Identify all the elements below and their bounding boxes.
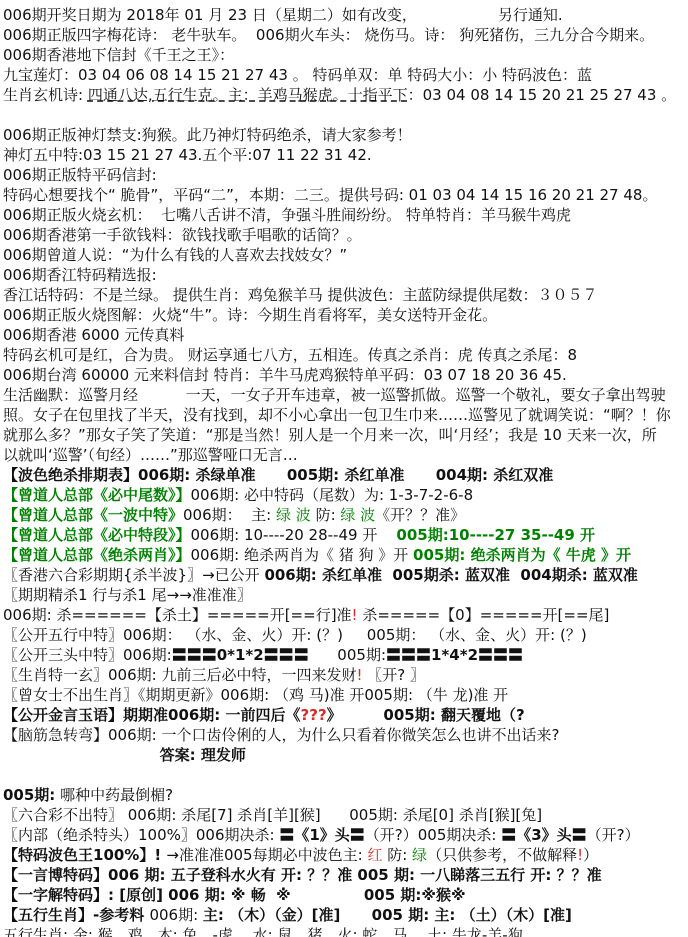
text-segment: 【公开金言玉语】期期准006期: 一前四后《 <box>3 706 301 724</box>
text-line: 【特码波色王100%】! →准准准005每期必中波色主: 红 防: 绿（只供参考… <box>3 845 688 865</box>
text-segment: 四通八达,五行生克。主：羊鸡马猴虎。十指平下 <box>88 86 408 104</box>
text-segment: 006期正版神灯禁支:狗猴。此乃神灯特码绝杀，请大家参考！ <box>3 126 412 144</box>
text-line: 【曾道人总部《绝杀两肖》】006期: 绝杀两肖为《 猪 狗 》开 005期: 绝… <box>3 545 688 565</box>
text-segment: 006期正版火烧玄机： 七嘴八舌讲不清，争强斗胜闹纷纷。 特单特肖：羊马猴牛鸡虎 <box>3 206 571 224</box>
text-line: 【波色绝杀排期表】006期: 杀绿单准 005期: 杀红单准 004期: 杀红双… <box>3 465 688 485</box>
text-line: 【一字解特码】: [原创] 006 期: ※ 畅 ※ 005 期:※猴※ <box>3 885 688 905</box>
text-segment: 》 005期: 翻天覆地（? <box>327 706 525 724</box>
text-line: 【曾道人总部《必中特段》】006期: 10----20 28--49 开 005… <box>3 525 688 545</box>
text-line: 006期正版火烧图解：火烧“牛”。诗：今期生肖看将军，美女送特开金花。 <box>3 305 688 325</box>
text-segment: 【曾道人总部《一波中特》 <box>3 506 183 524</box>
text-segment: ） <box>583 846 598 864</box>
text-segment: 以就叫‘巡警’（旬经）……”那巡警哑口无言… <box>3 446 298 464</box>
text-segment: 〖生肖特一玄〗006期: 九前三后必中特，一四来发财 <box>3 666 356 684</box>
text-segment: 哪种中药最倒楣? <box>55 786 173 804</box>
text-line: 【脑筋急转弯】006期: 一个口齿伶俐的人，为什么只看着你微笑怎么也讲不出话来? <box>3 725 688 745</box>
blank-line <box>3 765 688 785</box>
text-line: 九宝莲灯：03 04 06 08 14 15 21 27 43 。 特码单双：单… <box>3 65 688 85</box>
text-segment: 〖内部（绝杀特头）100%〗006期决杀: <box>3 826 279 844</box>
text-line: 〖公开五行中特〗006期： （水、金、火）开: (？) 005期： （水、金、火… <box>3 625 688 645</box>
text-segment: 【曾道人总部《必中特段》】 <box>3 526 191 544</box>
text-segment: 防: <box>311 506 341 524</box>
text-line: 五行生肖: 金: 猴、鸡。木: 兔、-虎。 水: 鼠、猪。火: 蛇、马。 土: … <box>3 925 688 937</box>
text-line: 006期正版四字梅花诗： 老牛驮车。 006期火车头： 烧伤马。诗： 狗死猪伤，… <box>3 25 688 45</box>
text-segment: 006期香港第一手欲钱料：欲钱找歌手唱歌的话筒？。 <box>3 226 362 244</box>
text-segment: 006期: 绝杀两肖为《 猪 狗 》开 <box>191 546 414 564</box>
text-line: 006期香港第一手欲钱料：欲钱找歌手唱歌的话筒？。 <box>3 225 688 245</box>
text-segment: 【波色绝杀排期表】006期: 杀绿单准 005期: 杀红单准 004期: 杀红双… <box>3 466 553 484</box>
text-segment: （只供参考，不做解释 <box>427 846 577 864</box>
text-segment: 006期: <box>149 906 202 924</box>
text-line: 就那么多？”那女子笑了笑道：“那是当然！别人是一个月来一次，叫‘月经’；我是 1… <box>3 425 688 445</box>
text-segment: 【脑筋急转弯】006期: 一个口齿伶俐的人，为什么只看着你微笑怎么也讲不出话来? <box>3 726 559 744</box>
text-segment: 【曾道人总部《必中尾数》】 <box>3 486 191 504</box>
text-segment: 006期台湾 60000 元来料信封 特肖：羊牛马虎鸡猴特单平码：03 07 1… <box>3 366 567 384</box>
text-line: 照。女子在包里找了半天，没有找到，却不小心拿出一包卫生巾来……巡警见了就调笑说：… <box>3 405 688 425</box>
text-segment: 〓《3》头〓 <box>501 826 586 844</box>
text-segment: 【五行生肖】-参考料 <box>3 906 149 924</box>
text-line: 005期: 哪种中药最倒楣? <box>3 785 688 805</box>
text-line: 以就叫‘巡警’（旬经）……”那巡警哑口无言… <box>3 445 688 465</box>
text-line: 【公开金言玉语】期期准006期: 一前四后《???》 005期: 翻天覆地（? <box>3 705 688 725</box>
text-line: 〖生肖特一玄〗006期: 九前三后必中特，一四来发财! 〖开? 〗 <box>3 665 688 685</box>
text-line: 006期香港地下信封《千王之王》： <box>3 45 688 65</box>
text-segment: 006期香港 6000 元传真料 <box>3 326 184 344</box>
text-line: 【曾道人总部《必中尾数》】006期: 必中特码（尾数）为: 1-3-7-2-6-… <box>3 485 688 505</box>
text-segment: 〖六合彩不出特〗 006期: 杀尾[7] 杀肖[羊][猴] 005期: 杀尾[0… <box>3 806 542 824</box>
text-line: 006期台湾 60000 元来料信封 特肖：羊牛马虎鸡猴特单平码：03 07 1… <box>3 365 688 385</box>
text-segment: 〓《1》头〓 <box>279 826 364 844</box>
text-segment: 〖公开三头中特〗006期: <box>3 646 172 664</box>
blank-line <box>3 105 688 125</box>
text-segment: 主: （木）（金）[准] 005 期: 主: （土）（木）[准] <box>203 906 572 924</box>
text-segment: ??? <box>301 706 327 724</box>
text-line: 答案: 理发师 <box>3 745 688 765</box>
text-segment: 005期: 绝杀两肖为《 牛虎 》开 <box>413 546 631 564</box>
text-segment: 五行生肖: 金: 猴、鸡。木: 兔、-虎。 水: 鼠、猪。火: 蛇、马。 土: … <box>3 926 523 937</box>
text-line: 〖六合彩不出特〗 006期: 杀尾[7] 杀肖[羊][猴] 005期: 杀尾[0… <box>3 805 688 825</box>
text-segment: 006期香江特码精选报: <box>3 266 157 284</box>
text-line: 006期: 杀======【杀土】=====开[==行]准! 杀=====【0】… <box>3 605 688 625</box>
text-segment: 006期: 杀红单准 005期杀: 蓝双准 004期杀: 蓝双准 <box>264 566 638 584</box>
text-segment: 《开？？准》 <box>375 506 465 524</box>
text-line: 生活幽默：巡警月经 一天，一女子开车违章，被一巡警抓做。巡警一个敬礼，要女子拿出… <box>3 385 688 405</box>
text-segment: 〓〓〓0*1*2〓〓〓 <box>172 646 309 664</box>
text-segment: 绿 <box>412 846 427 864</box>
text-segment: 照。女子在包里找了半天，没有找到，却不小心拿出一包卫生巾来……巡警见了就调笑说：… <box>3 406 671 424</box>
text-segment: 006期正版特平码信封: <box>3 166 157 184</box>
text-line: 〖香港六合彩期期{杀半波}〗→已公开 006期: 杀红单准 005期杀: 蓝双准… <box>3 565 688 585</box>
text-line: 生肖玄机诗: 四通八达,五行生克。主：羊鸡马猴虎。十指平下：03 04 08 1… <box>3 85 688 105</box>
text-segment: 005期: <box>3 786 55 804</box>
text-segment: 特码玄机可是红，合为贵。 财运享通七八方，五相连。传真之杀肖：虎 传真之杀尾：8 <box>3 346 577 364</box>
text-segment: 005期:10----27 35--49 开 <box>396 526 595 544</box>
text-line: 特码心想要找个“ 脆骨”，平码“二”，本期：二三。提供号码: 01 03 04 … <box>3 185 688 205</box>
text-segment: 006期香港地下信封《千王之王》： <box>3 46 234 64</box>
text-segment: 生肖玄机诗: <box>3 86 88 104</box>
text-line: 006期香江特码精选报: <box>3 265 688 285</box>
text-line: 006期正版特平码信封: <box>3 165 688 185</box>
text-segment: 〖期期精杀1 行与杀1 尾→→准准准〗 <box>3 586 252 604</box>
text-segment: 【一字解特码】: [原创] 006 期: ※ 畅 ※ 005 期:※猴※ <box>3 886 466 904</box>
text-line: 〖内部（绝杀特头）100%〗006期决杀: 〓《1》头〓（开?）005期决杀: … <box>3 825 688 845</box>
text-segment: 特码心想要找个“ 脆骨”，平码“二”，本期：二三。提供号码: 01 03 04 … <box>3 186 657 204</box>
lottery-tips-document: 006期开奖日期为 2018年 01 月 23 日（星期二）如有改变， 另行通知… <box>0 0 688 937</box>
text-segment: 防: <box>382 846 412 864</box>
text-line: 香江话特码：不是兰绿。 提供生肖：鸡兔猴羊马 提供波色：主蓝防绿提供尾数：３０５… <box>3 285 688 305</box>
text-segment: （开?）005期决杀: <box>365 826 501 844</box>
text-segment: 九宝莲灯：03 04 06 08 14 15 21 27 43 。 特码单双：单… <box>3 66 592 84</box>
text-segment: 006期: 必中特码（尾数）为: 1-3-7-2-6-8 <box>191 486 474 504</box>
text-segment: 答案: 理发师 <box>3 746 246 764</box>
text-segment: 生活幽默：巡警月经 一天，一女子开车违章，被一巡警抓做。巡警一个敬礼，要女子拿出… <box>3 386 666 404</box>
text-segment: 〖公开五行中特〗006期： （水、金、火）开: (？) 005期： （水、金、火… <box>3 626 587 644</box>
text-segment: 【一言博特码】006 期: 五子登科水火有 开: ？？准 005 期: 一八睇落… <box>3 866 602 884</box>
text-segment: 006期曾道人说：“为什么有钱的人喜欢去找妓女？” <box>3 246 347 264</box>
text-segment: 〓〓〓1*4*2〓〓〓 <box>386 646 523 664</box>
text-segment: 006期: 杀======【杀土】=====开[==行]准 <box>3 606 352 624</box>
text-segment: 绿 波 <box>340 506 375 524</box>
text-line: 006期香港 6000 元传真料 <box>3 325 688 345</box>
text-segment: 【曾道人总部《绝杀两肖》】 <box>3 546 191 564</box>
text-segment: 红 <box>367 846 382 864</box>
text-line: 〖公开三头中特〗006期:〓〓〓0*1*2〓〓〓 005期:〓〓〓1*4*2〓〓… <box>3 645 688 665</box>
text-line: 【一言博特码】006 期: 五子登科水火有 开: ？？准 005 期: 一八睇落… <box>3 865 688 885</box>
text-segment: （开?） <box>587 826 640 844</box>
text-segment: 006期正版四字梅花诗： 老牛驮车。 006期火车头： 烧伤马。诗： 狗死猪伤，… <box>3 26 654 44</box>
text-segment: 杀=====【0】=====开[==尾] <box>358 606 610 624</box>
text-segment: →准准准005每期必中波色主: <box>166 846 367 864</box>
text-segment: 〖曾女士不出生肖〗《期期更新》006期: （鸡 马)准 开005期: （牛 龙)… <box>3 686 508 704</box>
text-segment: 就那么多？”那女子笑了笑道：“那是当然！别人是一个月来一次，叫‘月经’；我是 1… <box>3 426 657 444</box>
text-segment: 神灯五中特:03 15 21 27 43.五个平:07 11 22 31 42. <box>3 146 372 164</box>
text-segment: 006期: 10----20 28--49 开 <box>191 526 397 544</box>
text-segment: 006期： 主: <box>183 506 276 524</box>
text-segment: 006期正版火烧图解：火烧“牛”。诗：今期生肖看将军，美女送特开金花。 <box>3 306 497 324</box>
text-segment: 〖开? 〗 <box>362 666 425 684</box>
text-line: 【五行生肖】-参考料 006期: 主: （木）（金）[准] 005 期: 主: … <box>3 905 688 925</box>
text-line: 006期开奖日期为 2018年 01 月 23 日（星期二）如有改变， 另行通知… <box>3 5 688 25</box>
text-segment: 【特码波色王100%】! <box>3 846 166 864</box>
text-segment: 绿 波 <box>276 506 311 524</box>
text-line: 〖曾女士不出生肖〗《期期更新》006期: （鸡 马)准 开005期: （牛 龙)… <box>3 685 688 705</box>
text-segment: 〖香港六合彩期期{杀半波}〗→已公开 <box>3 566 264 584</box>
text-line: 006期正版神灯禁支:狗猴。此乃神灯特码绝杀，请大家参考！ <box>3 125 688 145</box>
text-line: 【曾道人总部《一波中特》006期： 主: 绿 波 防: 绿 波《开？？准》 <box>3 505 688 525</box>
text-line: 特码玄机可是红，合为贵。 财运享通七八方，五相连。传真之杀肖：虎 传真之杀尾：8 <box>3 345 688 365</box>
text-line: 006期曾道人说：“为什么有钱的人喜欢去找妓女？” <box>3 245 688 265</box>
text-segment: 006期开奖日期为 2018年 01 月 23 日（星期二）如有改变， 另行通知… <box>3 6 563 24</box>
text-segment: 香江话特码：不是兰绿。 提供生肖：鸡兔猴羊马 提供波色：主蓝防绿提供尾数：３０５… <box>3 286 598 304</box>
text-line: 神灯五中特:03 15 21 27 43.五个平:07 11 22 31 42. <box>3 145 688 165</box>
text-segment: ：03 04 08 14 15 20 21 25 27 43 。 <box>408 86 677 104</box>
text-line: 〖期期精杀1 行与杀1 尾→→准准准〗 <box>3 585 688 605</box>
text-segment: 005期: <box>309 646 386 664</box>
text-line: 006期正版火烧玄机： 七嘴八舌讲不清，争强斗胜闹纷纷。 特单特肖：羊马猴牛鸡虎 <box>3 205 688 225</box>
